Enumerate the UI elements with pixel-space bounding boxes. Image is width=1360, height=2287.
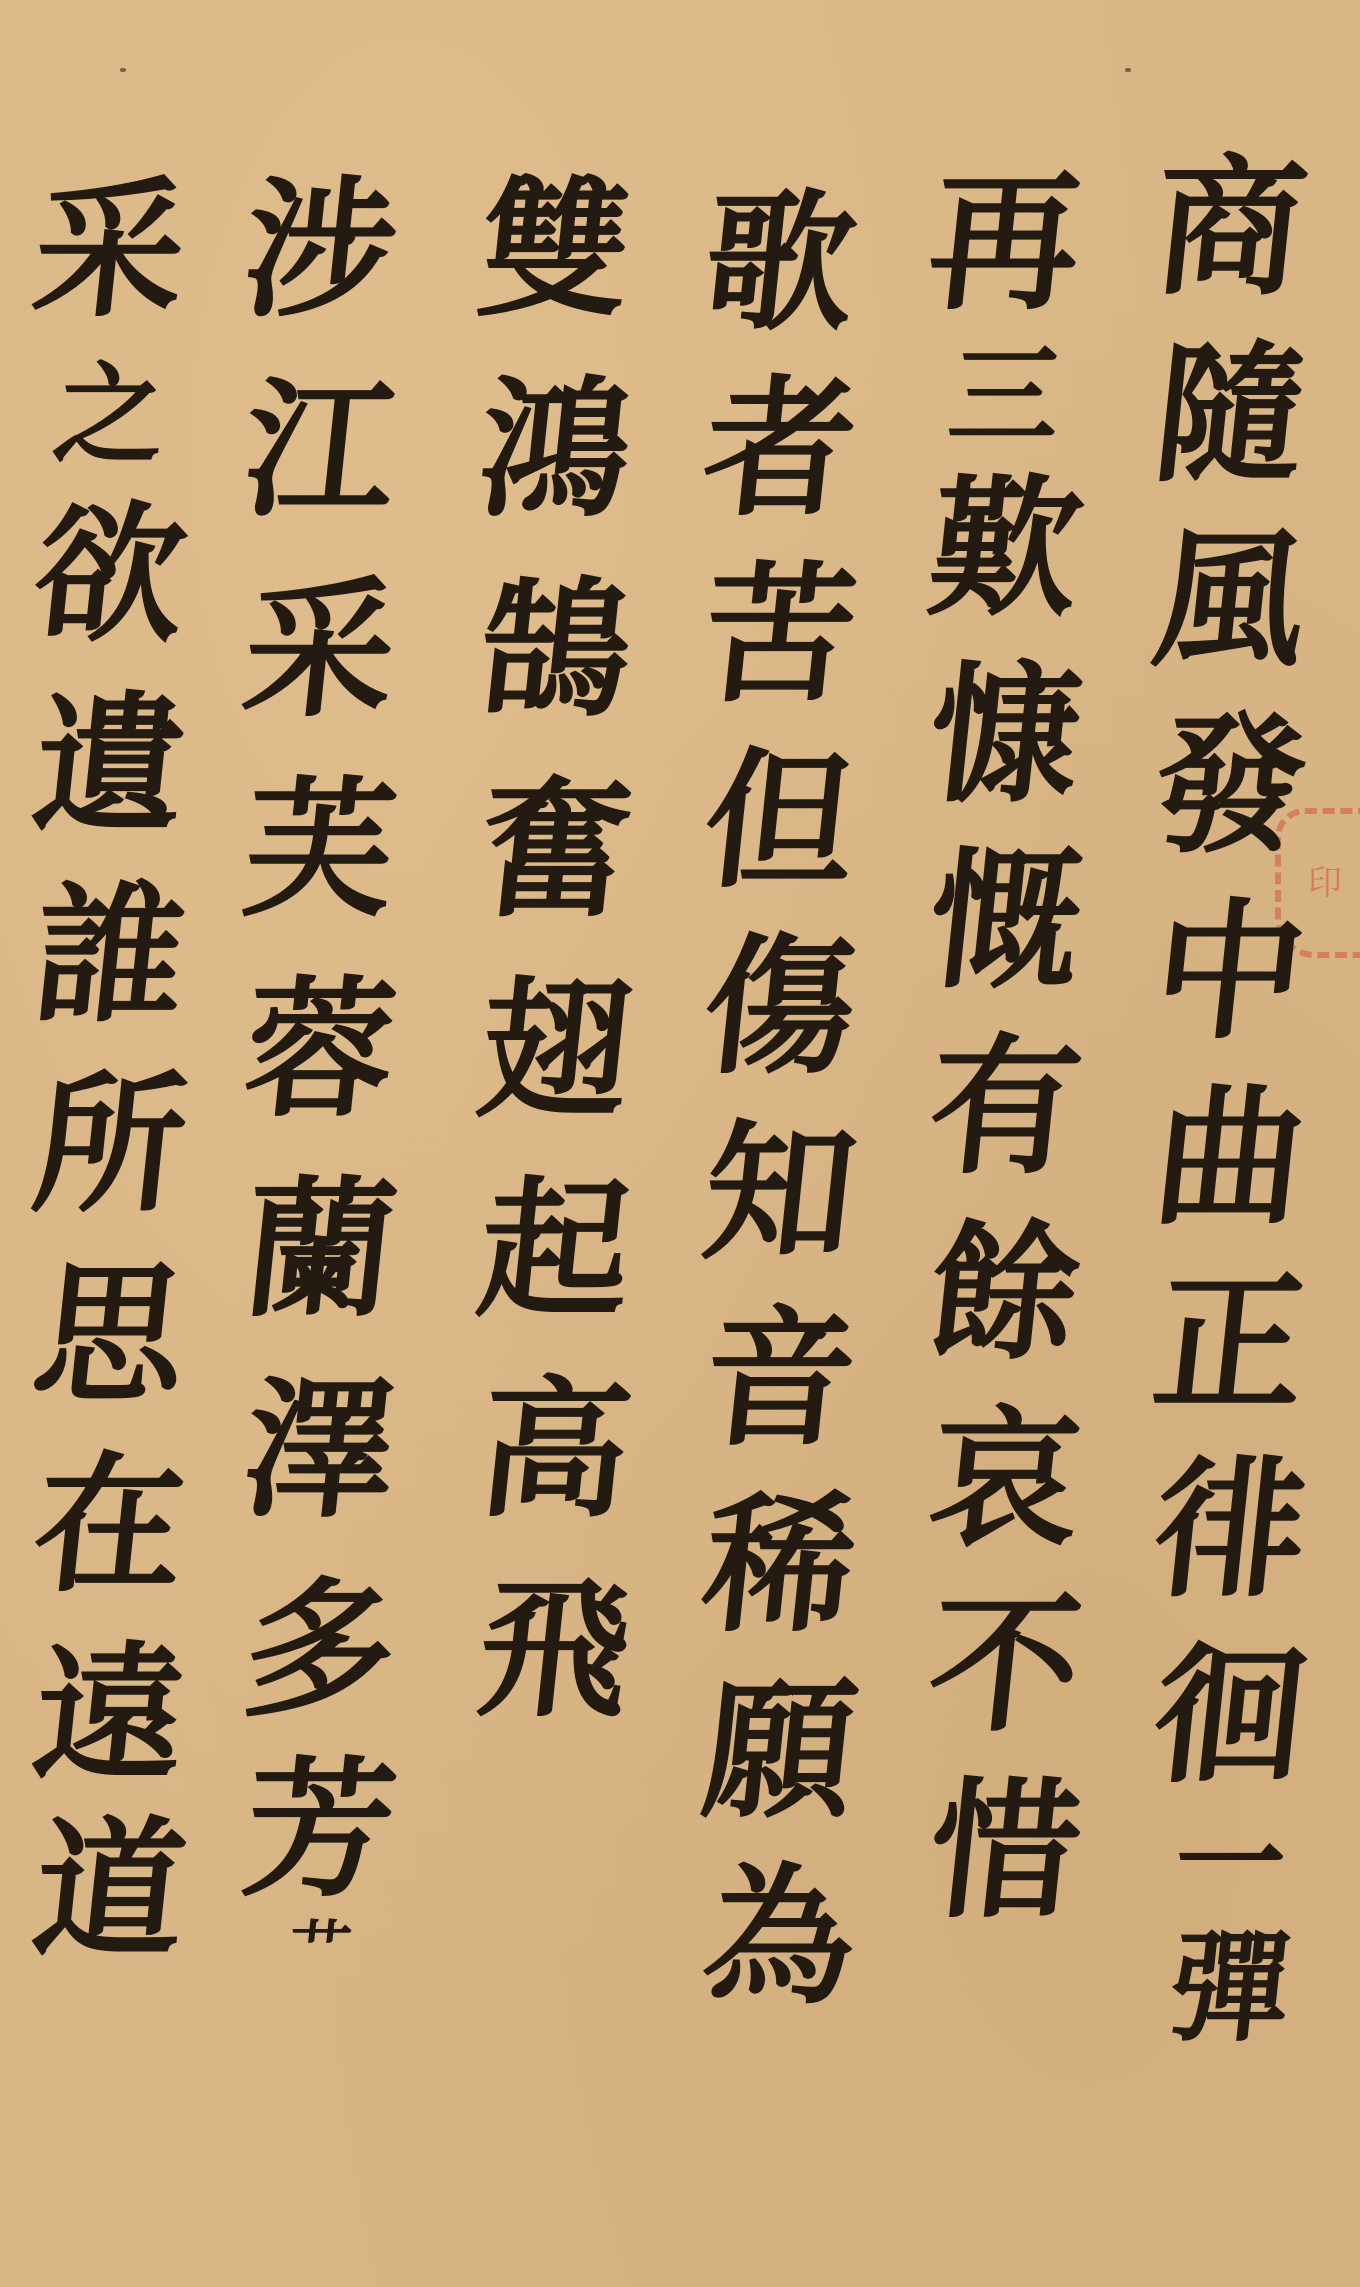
character: 中 [1145,879,1315,1065]
character: 為 [695,1844,865,2030]
character: 蘭 [234,1150,405,1350]
character: 正 [1145,1251,1315,1437]
character: 多 [234,1550,405,1750]
character: 艹 [285,1910,355,1990]
character: 但 [695,728,865,914]
character: 遺 [25,670,195,860]
character: 在 [25,1430,195,1620]
character: 欲 [25,480,195,670]
character: 音 [695,1286,865,1472]
character: 起 [469,1150,640,1350]
character: 歌 [695,170,865,356]
character: 誰 [25,860,195,1050]
character: 隨 [1145,321,1315,507]
character: 芳 [237,1750,404,1910]
calligraphy-column-6: 采 之 欲 遺 誰 所 思 在 遠 道 [10,150,210,1970]
character: 惜 [920,1758,1090,1944]
character: 遠 [25,1620,195,1810]
character: 采 [24,150,195,350]
character: 三 [944,336,1067,456]
character: 高 [469,1350,640,1550]
character: 涉 [234,150,405,350]
character: 傷 [695,914,865,1100]
character: 有 [920,1014,1090,1200]
calligraphy-column-4: 雙 鴻 鵠 奮 翅 起 高 飛 [455,150,655,1750]
character: 風 [1145,507,1315,693]
character: 芙 [234,750,405,950]
character: 飛 [469,1550,640,1750]
character: 一 [1169,1809,1291,1919]
character: 苦 [695,542,865,728]
character: 奮 [469,750,640,950]
character: 慨 [920,828,1090,1014]
character: 翅 [469,950,640,1150]
character: 曲 [1145,1065,1315,1251]
character: 願 [695,1658,865,1844]
calligraphy-column-2: 再 三 歎 慷 慨 有 餘 哀 不 惜 [905,150,1105,1944]
character: 彈 [1163,1919,1298,2059]
character: 知 [695,1100,865,1286]
character: 鴻 [469,350,640,550]
character: 歎 [920,456,1090,642]
character: 蓉 [234,950,405,1150]
character: 江 [234,350,405,550]
character: 采 [234,550,405,750]
character: 之 [48,350,172,480]
character: 徊 [1145,1623,1315,1809]
calligraphy-column-1: 商 隨 風 發 中 曲 正 徘 徊 一 彈 [1130,135,1330,2059]
character: 澤 [234,1350,405,1550]
character: 哀 [920,1386,1090,1572]
calligraphy-column-3: 歌 者 苦 但 傷 知 音 稀 願 為 [680,170,880,2030]
character: 稀 [695,1472,865,1658]
character: 商 [1145,135,1315,321]
character: 鵠 [469,550,640,750]
character: 徘 [1145,1437,1315,1623]
paper-speck [120,68,126,72]
character: 發 [1145,693,1315,879]
character: 慷 [920,642,1090,828]
character: 所 [25,1050,195,1240]
character: 不 [920,1572,1090,1758]
character: 餘 [920,1200,1090,1386]
character: 思 [25,1240,195,1430]
character: 雙 [469,150,640,350]
calligraphy-column-5: 涉 江 采 芙 蓉 蘭 澤 多 芳 艹 [220,150,420,1990]
paper-speck [1125,68,1131,72]
character: 道 [27,1810,194,1970]
character: 再 [920,150,1090,336]
character: 者 [695,356,865,542]
